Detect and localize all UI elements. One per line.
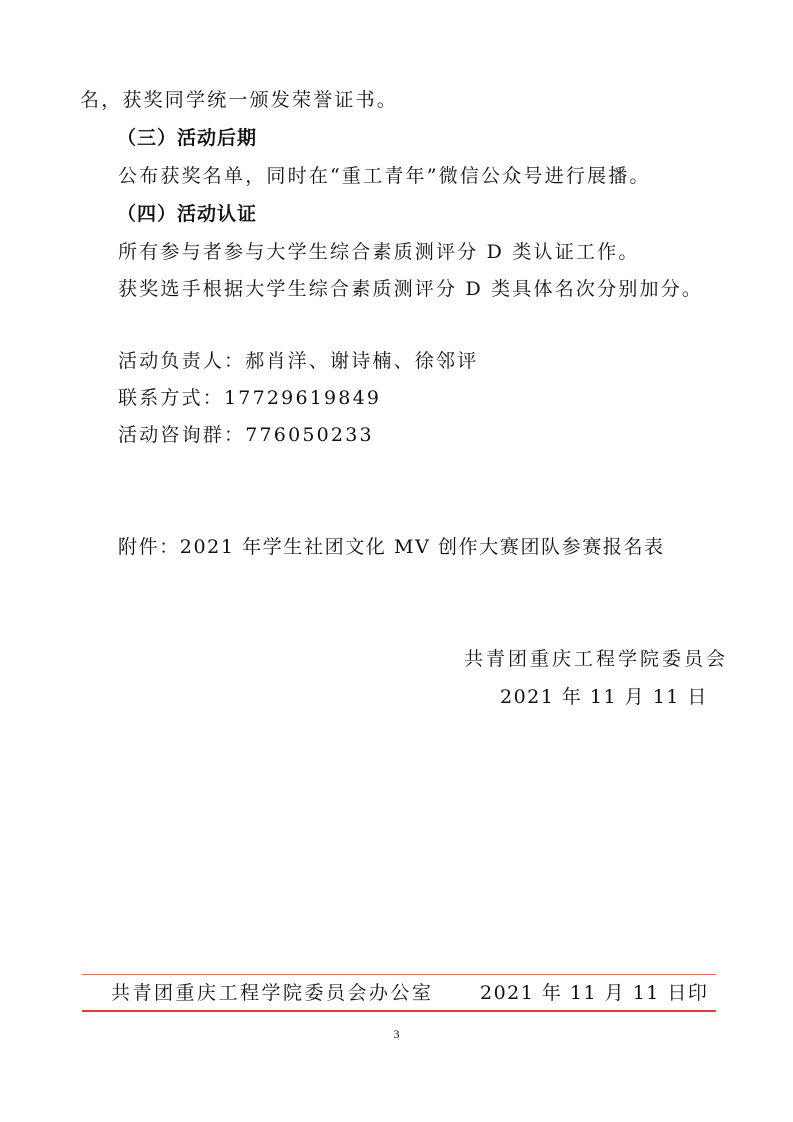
signature-date: 2021 年 11 月 11 日 [500,685,708,709]
footer-office: 共青团重庆工程学院委员会办公室 [111,981,434,1005]
body-text-certification: 所有参与者参与大学生综合素质测评分 D 类认证工作。 [118,240,640,264]
body-text-bonus: 获奖选手根据大学生综合素质测评分 D 类具体名次分别加分。 [118,277,703,301]
footer-print-date: 2021 年 11 月 11 日印 [480,981,708,1005]
section-heading-phase-three: （三）活动后期 [117,126,257,150]
footer-rule-bottom [82,1010,716,1012]
body-text-announce: 公布获奖名单，同时在“重工青年”微信公众号进行展播。 [118,164,651,188]
page-number: 3 [0,1027,793,1042]
footer-rule-top [82,974,716,975]
contact-leaders: 活动负责人：郝肖洋、谢诗楠、徐邻评 [118,349,478,373]
attachment-note: 附件：2021 年学生社团文化 MV 创作大赛团队参赛报名表 [118,535,665,559]
contact-phone: 联系方式：17729619849 [118,386,381,410]
section-heading-phase-four: （四）活动认证 [117,202,257,226]
body-text-continuation: 名，获奖同学统一颁发荣誉证书。 [80,88,398,112]
contact-group: 活动咨询群：776050233 [118,423,374,447]
signature-org: 共青团重庆工程学院委员会 [464,647,728,671]
